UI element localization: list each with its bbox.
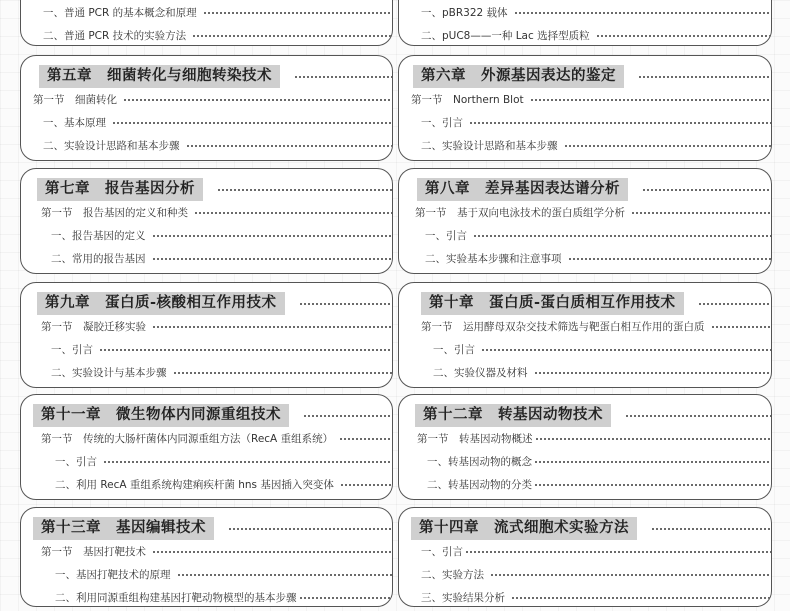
leader-dots xyxy=(217,189,392,191)
leader-dots xyxy=(152,258,393,260)
leader-dots xyxy=(511,597,771,599)
toc-item-text: 二、普通 PCR 技术的实验方法 xyxy=(21,28,186,43)
toc-item[interactable]: 一、引言 xyxy=(399,111,771,134)
leader-dots xyxy=(481,349,771,351)
leader-dots xyxy=(698,303,771,305)
leader-dots xyxy=(534,484,771,486)
toc-section[interactable]: 第一节 传统的大肠杆菌体内同源重组方法（RecA 重组系统） xyxy=(21,427,392,450)
toc-item[interactable]: 一、普通 PCR 的基本概念和原理 xyxy=(21,1,392,24)
chapter-title: 第八章 差异基因表达谱分析 xyxy=(417,178,628,201)
toc-item[interactable]: 二、实验设计思路和基本步骤 xyxy=(21,134,392,157)
leader-dots xyxy=(564,145,772,147)
toc-item[interactable]: 二、pUC8——一种 Lac 选择型质粒 xyxy=(399,24,771,46)
toc-item-text: 二、利用同源重组构建基因打靶动物模型的基本步骤 xyxy=(33,590,297,605)
toc-box-chapter-14: 第十四章 流式细胞术实验方法 一、引言 二、实验方法 三、实验结果分析 xyxy=(398,507,772,607)
section-title: 第一节 Northern Blot xyxy=(399,92,524,107)
toc-box-chapter-10: 第十章 蛋白质-蛋白质相互作用技术 第一节 运用酵母双杂交技术筛选与靶蛋白相互作… xyxy=(398,282,772,388)
toc-item[interactable]: 一、转基因动物的概念 xyxy=(399,450,771,473)
chapter-title: 第十二章 转基因动物技术 xyxy=(415,404,611,427)
toc-box-chapter-7: 第七章 报告基因分析 第一节 报告基因的定义和种类 一、报告基因的定义 二、常用… xyxy=(20,168,393,274)
leader-dots xyxy=(535,438,772,440)
toc-item-text: 二、pUC8——一种 Lac 选择型质粒 xyxy=(399,28,590,43)
chapter-heading[interactable]: 第十二章 转基因动物技术 xyxy=(399,404,771,427)
leader-dots xyxy=(596,35,771,37)
toc-item-text: 二、实验方法 xyxy=(399,567,484,582)
toc-item-text: 一、引言 xyxy=(399,115,463,130)
toc-item-text: 一、基因打靶技术的原理 xyxy=(33,567,171,582)
toc-item-text: 一、引言 xyxy=(29,342,93,357)
toc-section[interactable]: 第一节 基于双向电泳技术的蛋白质组学分析 xyxy=(399,201,771,224)
chapter-heading[interactable]: 第七章 报告基因分析 xyxy=(21,178,392,201)
leader-dots xyxy=(534,461,771,463)
leader-dots xyxy=(228,528,392,530)
leader-dots xyxy=(473,235,771,237)
leader-dots xyxy=(339,438,392,440)
toc-item-text: 二、利用 RecA 重组系统构建痢疾杆菌 hns 基因插入突变体 xyxy=(33,477,334,492)
chapter-heading[interactable]: 第十三章 基因编辑技术 xyxy=(21,517,392,540)
toc-item[interactable]: 三、实验结果分析 xyxy=(399,586,771,607)
leader-dots xyxy=(651,528,771,530)
chapter-heading[interactable]: 第十章 蛋白质-蛋白质相互作用技术 xyxy=(399,292,771,315)
chapter-title: 第九章 蛋白质-核酸相互作用技术 xyxy=(37,292,285,315)
toc-item-text: 一、普通 PCR 的基本概念和原理 xyxy=(21,5,197,20)
toc-item-text: 二、实验设计思路和基本步骤 xyxy=(21,138,180,153)
leader-dots xyxy=(638,76,771,78)
toc-item[interactable]: 二、常用的报告基因 xyxy=(21,247,392,270)
toc-item[interactable]: 二、普通 PCR 技术的实验方法 xyxy=(21,24,392,46)
leader-dots xyxy=(469,122,771,124)
chapter-heading[interactable]: 第六章 外源基因表达的鉴定 xyxy=(399,65,771,88)
toc-item[interactable]: 一、基本原理 xyxy=(21,111,392,134)
toc-item[interactable]: 一、pBR322 载体 xyxy=(399,1,771,24)
toc-item[interactable]: 二、实验基本步骤和注意事项 xyxy=(399,247,771,270)
toc-item[interactable]: 二、实验设计思路和基本步骤 xyxy=(399,134,771,157)
toc-item[interactable]: 二、转基因动物的分类 xyxy=(399,473,771,496)
toc-item-text: 一、基本原理 xyxy=(21,115,106,130)
toc-item-text: 二、实验基本步骤和注意事项 xyxy=(403,251,562,266)
toc-box-chapter-9: 第九章 蛋白质-核酸相互作用技术 第一节 凝胶迁移实验 一、引言 二、实验设计与… xyxy=(20,282,393,388)
toc-section[interactable]: 第一节 Northern Blot xyxy=(399,88,771,111)
toc-box-chapter-6: 第六章 外源基因表达的鉴定 第一节 Northern Blot 一、引言 二、实… xyxy=(398,55,772,161)
leader-dots xyxy=(642,189,771,191)
toc-item-text: 一、报告基因的定义 xyxy=(29,228,146,243)
toc-item[interactable]: 二、利用 RecA 重组系统构建痢疾杆菌 hns 基因插入突变体 xyxy=(21,473,392,496)
leader-dots xyxy=(152,235,393,237)
leader-dots xyxy=(177,574,393,576)
leader-dots xyxy=(112,122,392,124)
toc-box-chapter-partial: 一、pBR322 载体 二、pUC8——一种 Lac 选择型质粒 xyxy=(398,0,772,46)
toc-item[interactable]: 一、报告基因的定义 xyxy=(21,224,392,247)
chapter-title: 第六章 外源基因表达的鉴定 xyxy=(413,65,624,88)
chapter-heading[interactable]: 第五章 细菌转化与细胞转染技术 xyxy=(21,65,392,88)
section-title: 第一节 报告基因的定义和种类 xyxy=(29,205,188,220)
toc-item-text: 二、实验设计与基本步骤 xyxy=(29,365,167,380)
toc-box-chapter-5: 第五章 细菌转化与细胞转染技术 第一节 细菌转化 一、基本原理 二、实验设计思路… xyxy=(20,55,393,161)
leader-dots xyxy=(186,145,393,147)
leader-dots xyxy=(340,484,392,486)
toc-item[interactable]: 二、实验设计与基本步骤 xyxy=(21,361,392,384)
toc-item-text: 一、引言 xyxy=(411,342,475,357)
section-title: 第一节 细菌转化 xyxy=(21,92,117,107)
toc-box-chapter-8: 第八章 差异基因表达谱分析 第一节 基于双向电泳技术的蛋白质组学分析 一、引言 … xyxy=(398,168,772,274)
leader-dots xyxy=(625,415,771,417)
section-title: 第一节 转基因动物概述 xyxy=(405,431,533,446)
leader-dots xyxy=(490,574,771,576)
toc-item-text: 一、转基因动物的概念 xyxy=(405,454,532,469)
leader-dots xyxy=(294,76,392,78)
leader-dots xyxy=(152,551,392,553)
chapter-title: 第五章 细菌转化与细胞转染技术 xyxy=(39,65,280,88)
leader-dots xyxy=(534,372,772,374)
toc-section[interactable]: 第一节 报告基因的定义和种类 xyxy=(21,201,392,224)
toc-item[interactable]: 二、利用同源重组构建基因打靶动物模型的基本步骤 xyxy=(21,586,392,607)
leader-dots xyxy=(99,349,392,351)
section-title: 第一节 凝胶迁移实验 xyxy=(29,319,146,334)
chapter-heading[interactable]: 第十四章 流式细胞术实验方法 xyxy=(399,517,771,540)
toc-box-chapter-12: 第十二章 转基因动物技术 第一节 转基因动物概述 一、转基因动物的概念 二、转基… xyxy=(398,394,772,500)
leader-dots xyxy=(173,372,393,374)
leader-dots xyxy=(631,212,771,214)
toc-item-text: 二、实验仪器及材料 xyxy=(411,365,528,380)
toc-box-chapter-4-partial: 一、普通 PCR 的基本概念和原理 二、普通 PCR 技术的实验方法 xyxy=(20,0,393,46)
toc-item-text: 一、引言 xyxy=(33,454,97,469)
toc-box-chapter-13: 第十三章 基因编辑技术 第一节 基因打靶技术 一、基因打靶技术的原理 二、利用同… xyxy=(20,507,393,607)
section-title: 第一节 运用酵母双杂交技术筛选与靶蛋白相互作用的蛋白质 xyxy=(409,319,705,334)
chapter-title: 第十一章 微生物体内同源重组技术 xyxy=(33,404,289,427)
leader-dots xyxy=(103,461,392,463)
chapter-heading[interactable]: 第九章 蛋白质-核酸相互作用技术 xyxy=(21,292,392,315)
toc-item-text: 二、常用的报告基因 xyxy=(29,251,146,266)
leader-dots xyxy=(299,303,392,305)
toc-item[interactable]: 一、引言 xyxy=(21,338,392,361)
chapter-heading[interactable]: 第十一章 微生物体内同源重组技术 xyxy=(21,404,392,427)
chapter-title: 第十四章 流式细胞术实验方法 xyxy=(411,517,637,540)
toc-item[interactable]: 一、引言 xyxy=(399,540,771,563)
toc-item[interactable]: 一、基因打靶技术的原理 xyxy=(21,563,392,586)
leader-dots xyxy=(530,99,771,101)
chapter-title: 第十章 蛋白质-蛋白质相互作用技术 xyxy=(421,292,684,315)
toc-item[interactable]: 二、实验仪器及材料 xyxy=(399,361,771,384)
toc-item[interactable]: 一、引言 xyxy=(399,224,771,247)
toc-box-chapter-11: 第十一章 微生物体内同源重组技术 第一节 传统的大肠杆菌体内同源重组方法（Rec… xyxy=(20,394,393,500)
toc-section[interactable]: 第一节 细菌转化 xyxy=(21,88,392,111)
toc-item-text: 一、引言 xyxy=(403,228,467,243)
section-title: 第一节 传统的大肠杆菌体内同源重组方法（RecA 重组系统） xyxy=(29,431,333,446)
toc-item[interactable]: 二、实验方法 xyxy=(399,563,771,586)
leader-dots xyxy=(152,326,392,328)
chapter-heading[interactable]: 第八章 差异基因表达谱分析 xyxy=(399,178,771,201)
toc-item-text: 二、转基因动物的分类 xyxy=(405,477,532,492)
leader-dots xyxy=(123,99,392,101)
section-title: 第一节 基于双向电泳技术的蛋白质组学分析 xyxy=(403,205,625,220)
leader-dots xyxy=(514,12,771,14)
leader-dots xyxy=(465,551,771,553)
toc-item-text: 二、实验设计思路和基本步骤 xyxy=(399,138,558,153)
leader-dots xyxy=(194,212,392,214)
toc-item[interactable]: 一、引言 xyxy=(399,338,771,361)
chapter-title: 第十三章 基因编辑技术 xyxy=(33,517,214,540)
toc-item[interactable]: 一、引言 xyxy=(21,450,392,473)
toc-item-text: 一、pBR322 载体 xyxy=(399,5,508,20)
section-title: 第一节 基因打靶技术 xyxy=(29,544,146,559)
chapter-title: 第七章 报告基因分析 xyxy=(37,178,203,201)
toc-section[interactable]: 第一节 基因打靶技术 xyxy=(21,540,392,563)
leader-dots xyxy=(711,326,772,328)
leader-dots xyxy=(568,258,772,260)
leader-dots xyxy=(203,12,392,14)
leader-dots xyxy=(299,597,393,599)
toc-item-text: 三、实验结果分析 xyxy=(399,590,505,605)
toc-section[interactable]: 第一节 运用酵母双杂交技术筛选与靶蛋白相互作用的蛋白质 xyxy=(399,315,771,338)
leader-dots xyxy=(303,415,392,417)
toc-section[interactable]: 第一节 转基因动物概述 xyxy=(399,427,771,450)
toc-section[interactable]: 第一节 凝胶迁移实验 xyxy=(21,315,392,338)
toc-item-text: 一、引言 xyxy=(399,544,463,559)
leader-dots xyxy=(192,35,392,37)
